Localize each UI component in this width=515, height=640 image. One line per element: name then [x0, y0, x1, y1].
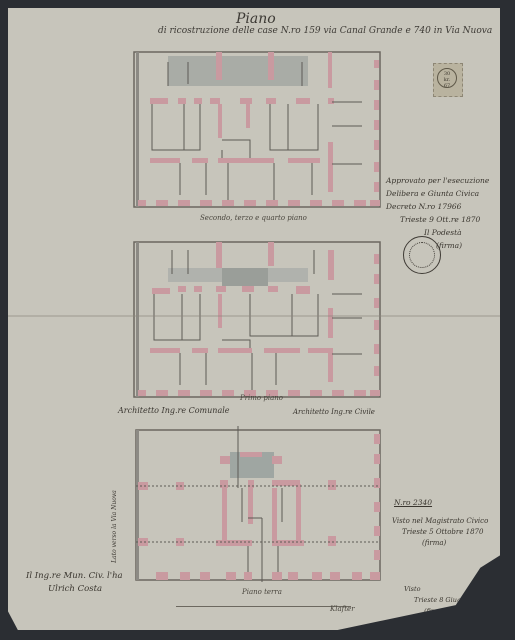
magistrate-line-2: Trieste 5 Ottobre 1870 [392, 527, 488, 538]
scale-label: Klafter [330, 605, 355, 613]
official-seal [403, 236, 441, 274]
approval-line-1: Approvato per l'esecuzione [386, 174, 489, 187]
stamp-text-3: 67 [438, 83, 456, 89]
plan-caption-ground: Piano terra [242, 588, 282, 596]
registration-number: N.ro 2340 [394, 496, 432, 509]
left-signature-line-1: Il Ing.re Mun. Civ. l'ha [26, 570, 123, 583]
bottom-right-note: Visto Trieste 8 Giugno 1871 (firma) [404, 584, 488, 617]
floor-plan-upper [132, 50, 384, 212]
approval-line-2: Delibera e Giunta Civica [386, 187, 489, 200]
approval-line-3: Decreto N.ro 17966 [386, 200, 489, 213]
bottom-right-line-2: Trieste 8 Giugno 1871 [404, 595, 488, 606]
plan-caption-upper: Secondo, terzo e quarto piano [200, 214, 307, 222]
document-sheet: Piano di ricostruzione delle case N.ro 1… [8, 8, 500, 630]
bottom-right-line-1: Visto [404, 584, 488, 595]
bottom-right-line-3: (firma) [404, 606, 488, 617]
floor-plan-middle [132, 240, 384, 402]
left-signature: Il Ing.re Mun. Civ. l'ha Ulrich Costa [26, 570, 123, 596]
approval-note: Approvato per l'esecuzione Delibera e Gi… [386, 174, 489, 252]
magistrate-note: Visto nel Magistrato Civico Trieste 5 Ot… [392, 516, 488, 549]
revenue-stamp: 30 kr. 67 [433, 63, 463, 97]
magistrate-line-1: Visto nel Magistrato Civico [392, 516, 488, 527]
magistrate-line-3: (firma) [392, 538, 488, 549]
approval-line-4: Trieste 9 Ott.re 1870 [386, 213, 489, 226]
plan-caption-middle: Primo piano [240, 394, 283, 402]
document-subtitle: di ricostruzione delle case N.ro 159 via… [158, 26, 492, 36]
signature-engineer-civil: Architetto Ing.re Civile [293, 408, 375, 416]
scale-bar [176, 602, 351, 607]
left-signature-line-2: Ulrich Costa [26, 583, 123, 596]
signature-engineer-municipal: Architetto Ing.re Comunale [118, 406, 230, 415]
floor-plan-ground [132, 422, 384, 586]
document-title: Piano [236, 11, 276, 27]
stamp-cancel-mark: 30 kr. 67 [437, 68, 457, 88]
approval-line-5: Il Podestà [386, 226, 489, 239]
vertical-side-note: Lato verso la Via Nuova [111, 490, 118, 563]
